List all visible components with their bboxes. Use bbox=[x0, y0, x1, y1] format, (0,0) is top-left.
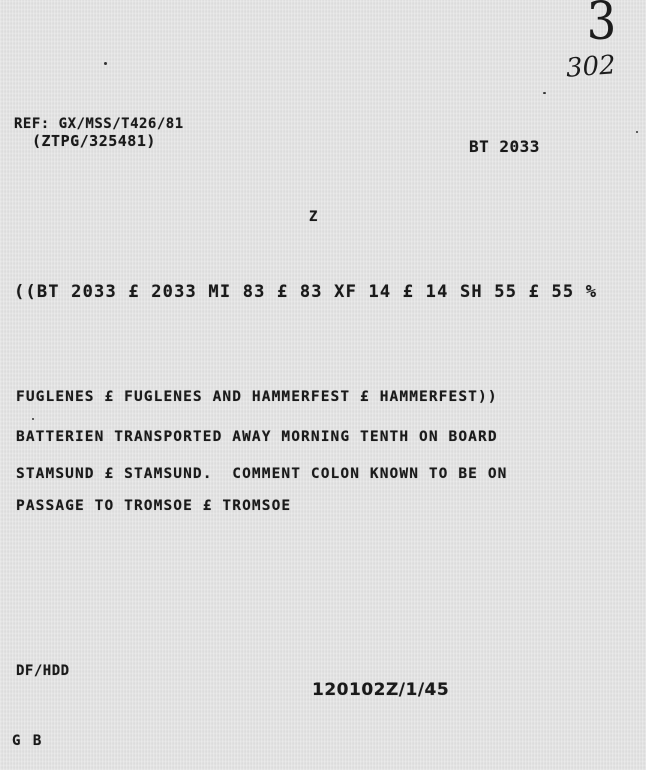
paper-speck bbox=[543, 92, 546, 94]
message-header-line: ((BT 2033 £ 2033 MI 83 £ 83 XF 14 £ 14 S… bbox=[14, 282, 597, 302]
bt-number: BT 2033 bbox=[469, 137, 540, 156]
reference-line: REF: GX/MSS/T426/81 bbox=[14, 116, 184, 132]
handwritten-page-number: 3 bbox=[587, 0, 617, 52]
message-body-line: BATTERIEN TRANSPORTED AWAY MORNING TENTH… bbox=[16, 429, 498, 445]
paper-speck bbox=[32, 418, 34, 420]
paper-speck bbox=[636, 131, 638, 133]
paper-speck bbox=[104, 62, 107, 65]
handwritten-folio-number: 302 bbox=[565, 50, 617, 83]
message-body-line: FUGLENES £ FUGLENES AND HAMMERFEST £ HAM… bbox=[16, 389, 498, 405]
date-time-group: 120102Z/1/45 bbox=[312, 680, 449, 700]
message-body-line: PASSAGE TO TROMSOE £ TROMSOE bbox=[16, 498, 291, 514]
reference-subline: (ZTPG/325481) bbox=[32, 132, 156, 150]
originator-code: DF/HDD bbox=[16, 663, 70, 679]
message-body-line: STAMSUND £ STAMSUND. COMMENT COLON KNOWN… bbox=[16, 466, 508, 482]
operator-initials: G B bbox=[12, 733, 43, 749]
z-marker: Z bbox=[309, 209, 318, 225]
